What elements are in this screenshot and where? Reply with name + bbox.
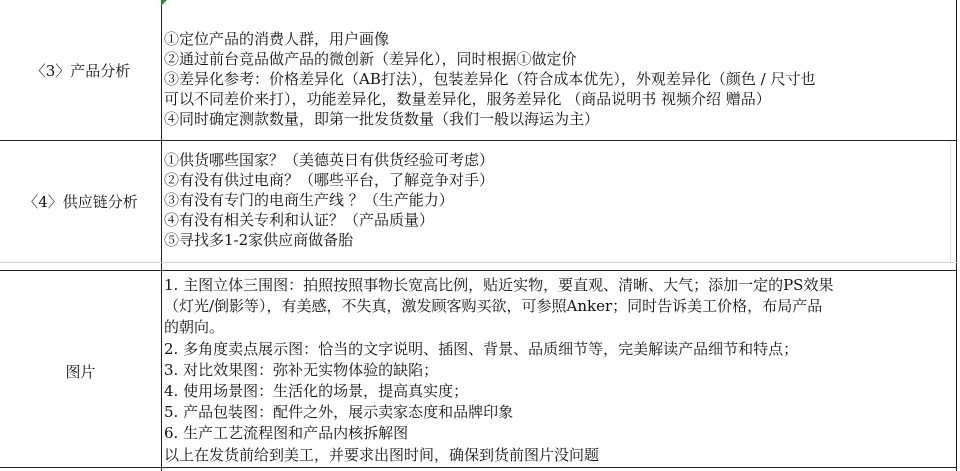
row-divider-light — [0, 262, 957, 263]
content-line: ②有没有供过电商？（哪些平台，了解竞争对手） — [164, 170, 956, 190]
content-line: ④有没有相关专利和认证？（产品质量） — [164, 210, 956, 230]
content-line: （灯光/倒影等），有美感，不失真，激发顾客购买欲，可参照Anker；同时告诉美工… — [164, 296, 956, 317]
inner-right-border — [950, 140, 951, 262]
spreadsheet-table: 〈3〉产品分析 ①定位产品的消费人群，用户画像 ②通过前台竞品做产品的微创新（差… — [0, 0, 960, 471]
content-line: ①供货哪些国家？（美德英日有供货经验可考虑） — [164, 150, 956, 170]
row-label: 图片 — [65, 361, 95, 382]
bottom-border — [0, 467, 957, 468]
content-line: 2. 多角度卖点展示图：恰当的文字说明、插图、背景、品质细节等，完美解读产品细节… — [164, 339, 956, 360]
content-line: 5. 产品包装图：配件之外，展示卖家态度和品牌印象 — [164, 402, 956, 423]
content-line: 6. 生产工艺流程图和产品内核拆解图 — [164, 423, 956, 444]
row-divider — [0, 140, 957, 141]
column-divider — [161, 0, 162, 471]
content-line: 的朝向。 — [164, 317, 956, 338]
label-cell-images[interactable]: 图片 — [0, 271, 161, 471]
label-cell-supply-chain[interactable]: 〈4〉供应链分析 — [0, 141, 161, 262]
cell-comment-marker-icon[interactable] — [161, 0, 167, 6]
row-product-analysis: 〈3〉产品分析 ①定位产品的消费人群，用户画像 ②通过前台竞品做产品的微创新（差… — [0, 0, 956, 140]
content-line: ④同时确定测款数量，即第一批发货数量（我们一般以海运为主） — [164, 109, 956, 129]
content-line: ①定位产品的消费人群，用户画像 — [164, 29, 956, 49]
row-images: 图片 1. 主图立体三围图：拍照按照事物长宽高比例，贴近实物，要直观、清晰、大气… — [0, 271, 956, 471]
content-line: ②通过前台竞品做产品的微创新（差异化），同时根据①做定价 — [164, 49, 956, 69]
right-border — [956, 0, 957, 471]
content-line: 以上在发货前给到美工，并要求出图时间，确保到货前图片没问题 — [164, 445, 956, 466]
content-cell-images[interactable]: 1. 主图立体三围图：拍照按照事物长宽高比例，贴近实物，要直观、清晰、大气；添加… — [162, 271, 956, 471]
row-divider — [0, 270, 957, 271]
content-line: ③有没有专门的电商生产线 ？（生产能力） — [164, 190, 956, 210]
content-line: 可以不同差价来打），功能差异化，数量差异化，服务差异化 （商品说明书 视频介绍 … — [164, 89, 956, 109]
content-line: ⑤寻找多1-2家供应商做备胎 — [164, 230, 956, 250]
row-supply-chain-analysis: 〈4〉供应链分析 ①供货哪些国家？（美德英日有供货经验可考虑） ②有没有供过电商… — [0, 141, 956, 270]
content-cell-supply-chain[interactable]: ①供货哪些国家？（美德英日有供货经验可考虑） ②有没有供过电商？（哪些平台，了解… — [162, 141, 956, 270]
content-line: ③差异化参考：价格差异化（AB打法），包装差异化（符合成本优先），外观差异化（颜… — [164, 69, 956, 89]
content-line: 3. 对比效果图：弥补无实物体验的缺陷； — [164, 360, 956, 381]
content-cell-product-analysis[interactable]: ①定位产品的消费人群，用户画像 ②通过前台竞品做产品的微创新（差异化），同时根据… — [162, 0, 956, 140]
label-cell-product-analysis[interactable]: 〈3〉产品分析 — [0, 0, 161, 140]
row-label: 〈4〉供应链分析 — [23, 191, 138, 212]
content-line: 1. 主图立体三围图：拍照按照事物长宽高比例，贴近实物，要直观、清晰、大气；添加… — [164, 275, 956, 296]
row-label: 〈3〉产品分析 — [31, 60, 131, 81]
content-line: 4. 使用场景图：生活化的场景，提高真实度； — [164, 381, 956, 402]
